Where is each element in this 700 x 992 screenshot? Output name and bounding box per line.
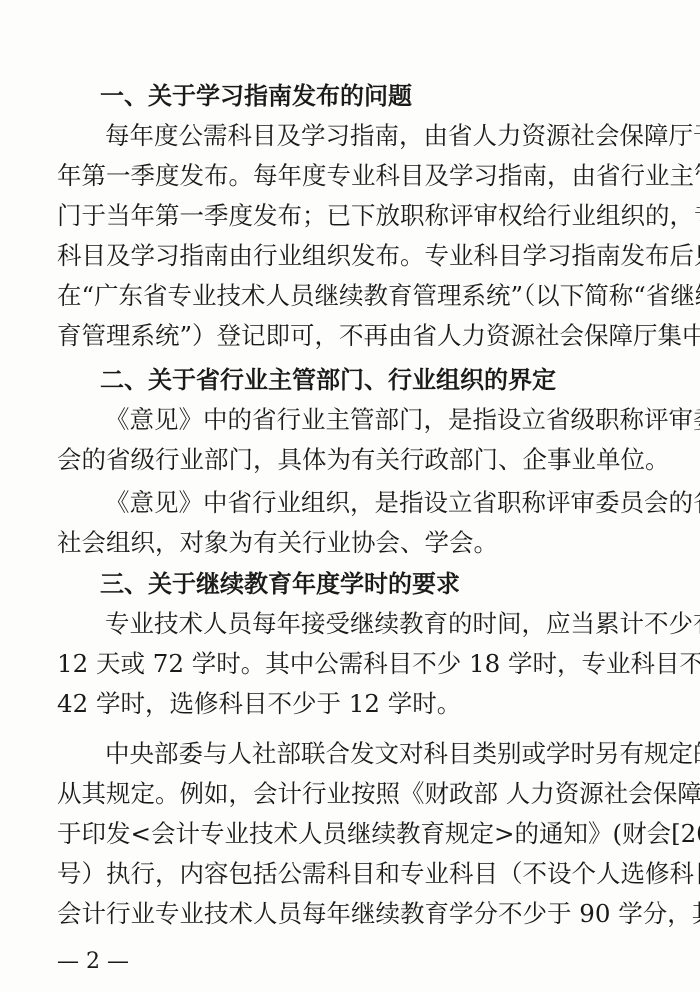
paragraph-line: 社会组织，对象为有关行业协会、学会。 [57, 527, 647, 559]
paragraph-line: 从其规定。例如，会计行业按照《财政部 人力资源社会保障部关 [57, 778, 647, 810]
paragraph-line: 门于当年第一季度发布；已下放职称评审权给行业组织的，专业 [57, 200, 647, 232]
section-heading-3: 三、关于继续教育年度学时的要求 [100, 568, 460, 600]
paragraph-line: 号）执行，内容包括公需科目和专业科目（不设个人选修科目）， [57, 858, 647, 890]
paragraph-line: 会的省级行业部门，具体为有关行政部门、企事业单位。 [57, 444, 647, 476]
paragraph-line: 于印发<会计专业技术人员继续教育规定>的通知》(财会[2018]10 [57, 818, 647, 850]
paragraph-line: 在“广东省专业技术人员继续教育管理系统”（以下简称“省继续教 [57, 280, 647, 312]
paragraph-line: 《意见》中省行业组织，是指设立省职称评审委员会的省级 [105, 487, 647, 519]
paragraph-line: 中央部委与人社部联合发文对科目类别或学时另有规定的， [105, 738, 647, 770]
paragraph-line: 专业技术人员每年接受继续教育的时间，应当累计不少有于 [105, 608, 647, 640]
paragraph-line: 科目及学习指南由行业组织发布。专业科目学习指南发布后只需 [57, 240, 647, 272]
page-number: — 2 — [57, 948, 129, 976]
section-heading-1: 一、关于学习指南发布的问题 [100, 80, 412, 112]
paragraph-line: 年第一季度发布。每年度专业科目及学习指南，由省行业主管部 [57, 160, 647, 192]
paragraph-line: 育管理系统”）登记即可，不再由省人力资源社会保障厅集中发布。 [57, 320, 647, 352]
paragraph-line: 《意见》中的省行业主管部门，是指设立省级职称评审委员 [105, 404, 647, 436]
paragraph-line: 42 学时，选修科目不少于 12 学时。 [57, 688, 647, 720]
paragraph-line: 每年度公需科目及学习指南，由省人力资源社会保障厅于当 [105, 120, 647, 152]
paragraph-line: 会计行业专业技术人员每年继续教育学分不少于 90 学分，其中 [57, 898, 647, 930]
section-heading-2: 二、关于省行业主管部门、行业组织的界定 [100, 364, 556, 396]
paragraph-line: 12 天或 72 学时。其中公需科目不少 18 学时，专业科目不少于 [57, 648, 647, 680]
